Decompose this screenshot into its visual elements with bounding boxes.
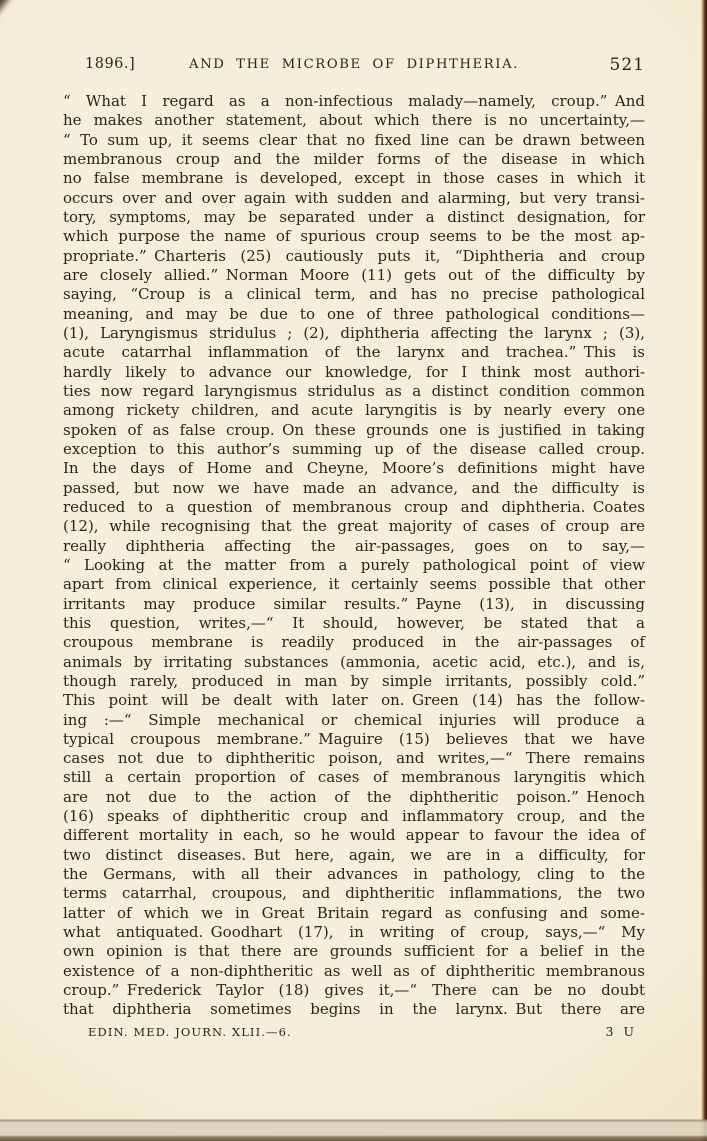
text-line: In the days of Home and Cheyne, Moore’s … [63,459,645,478]
text-line: tory, symptoms, may be separated under a… [63,208,645,227]
text-line: this question, writes,—“ It should, howe… [63,614,645,633]
text-line: hardly likely to advance our knowledge, … [63,363,645,382]
text-line: exception to this author’s summing up of… [63,440,645,459]
text-line: among rickety children, and acute laryng… [63,401,645,420]
text-line: ties now regard laryngismus stridulus as… [63,382,645,401]
page-header: 1896.] AND THE MICROBE OF DIPHTHERIA. 52… [63,55,645,75]
text-line: reduced to a question of membranous crou… [63,498,645,517]
text-line: acute catarrhal inflammation of the lary… [63,343,645,362]
text-line: animals by irritating substances (ammoni… [63,653,645,672]
text-line: latter of which we in Great Britain rega… [63,904,645,923]
text-line: croup.” Frederick Taylor (18) gives it,—… [63,981,645,1000]
header-page-number: 521 [610,55,645,75]
text-line: passed, but now we have made an advance,… [63,479,645,498]
text-line: meaning, and may be due to one of three … [63,305,645,324]
text-line: ing :—“ Simple mechanical or chemical in… [63,711,645,730]
text-line: are closely allied.” Norman Moore (11) g… [63,266,645,285]
text-line: (16) speaks of diphtheritic croup and in… [63,807,645,826]
footer-signature-mark: 3 U [606,1024,637,1039]
text-line: apart from clinical experience, it certa… [63,575,645,594]
text-line: “ Looking at the matter from a purely pa… [63,556,645,575]
footer-journal-line: EDIN. MED. JOURN. XLII.—6. [88,1025,292,1039]
text-line: membranous croup and the milder forms of… [63,150,645,169]
text-line: irritants may produce similar results.” … [63,595,645,614]
text-line: terms catarrhal, croupous, and diphtheri… [63,884,645,903]
text-line: typical croupous membrane.” Maguire (15)… [63,730,645,749]
text-line: occurs over and over again with sudden a… [63,189,645,208]
text-line: really diphtheria affecting the air-pass… [63,537,645,556]
text-line: own opinion is that there are grounds su… [63,942,645,961]
text-line: existence of a non-diphtheritic as well … [63,962,645,981]
text-line: “ What I regard as a non-infectious mala… [63,92,645,111]
scanned-page: 1896.] AND THE MICROBE OF DIPHTHERIA. 52… [0,0,707,1141]
text-line: though rarely, produced in man by simple… [63,672,645,691]
text-line: the Germans, with all their advances in … [63,865,645,884]
text-line: “ To sum up, it seems clear that no fixe… [63,131,645,150]
text-line: cases not due to diphtheritic poison, an… [63,749,645,768]
text-line: two distinct diseases. But here, again, … [63,846,645,865]
text-line: This point will be dealt with later on. … [63,691,645,710]
body-text: “ What I regard as a non-infectious mala… [63,92,645,1020]
text-line: that diphtheria sometimes begins in the … [63,1000,645,1019]
page-footer: EDIN. MED. JOURN. XLII.—6. 3 U [63,1023,645,1041]
text-line: he makes another statement, about which … [63,111,645,130]
text-line: different mortality in each, so he would… [63,826,645,845]
text-line: still a certain proportion of cases of m… [63,768,645,787]
text-line: which purpose the name of spurious croup… [63,227,645,246]
text-line: what antiquated. Goodhart (17), in writi… [63,923,645,942]
text-line: no false membrane is developed, except i… [63,169,645,188]
text-line: (12), while recognising that the great m… [63,517,645,536]
text-line: spoken of as false croup. On these groun… [63,421,645,440]
text-line: saying, “Croup is a clinical term, and h… [63,285,645,304]
page-content: 1896.] AND THE MICROBE OF DIPHTHERIA. 52… [0,0,707,1141]
text-line: croupous membrane is readily produced in… [63,633,645,652]
header-running-title: AND THE MICROBE OF DIPHTHERIA. [63,57,645,72]
text-line: propriate.” Charteris (25) cautiously pu… [63,247,645,266]
text-line: (1), Laryngismus stridulus ; (2), diphth… [63,324,645,343]
text-line: are not due to the action of the diphthe… [63,788,645,807]
